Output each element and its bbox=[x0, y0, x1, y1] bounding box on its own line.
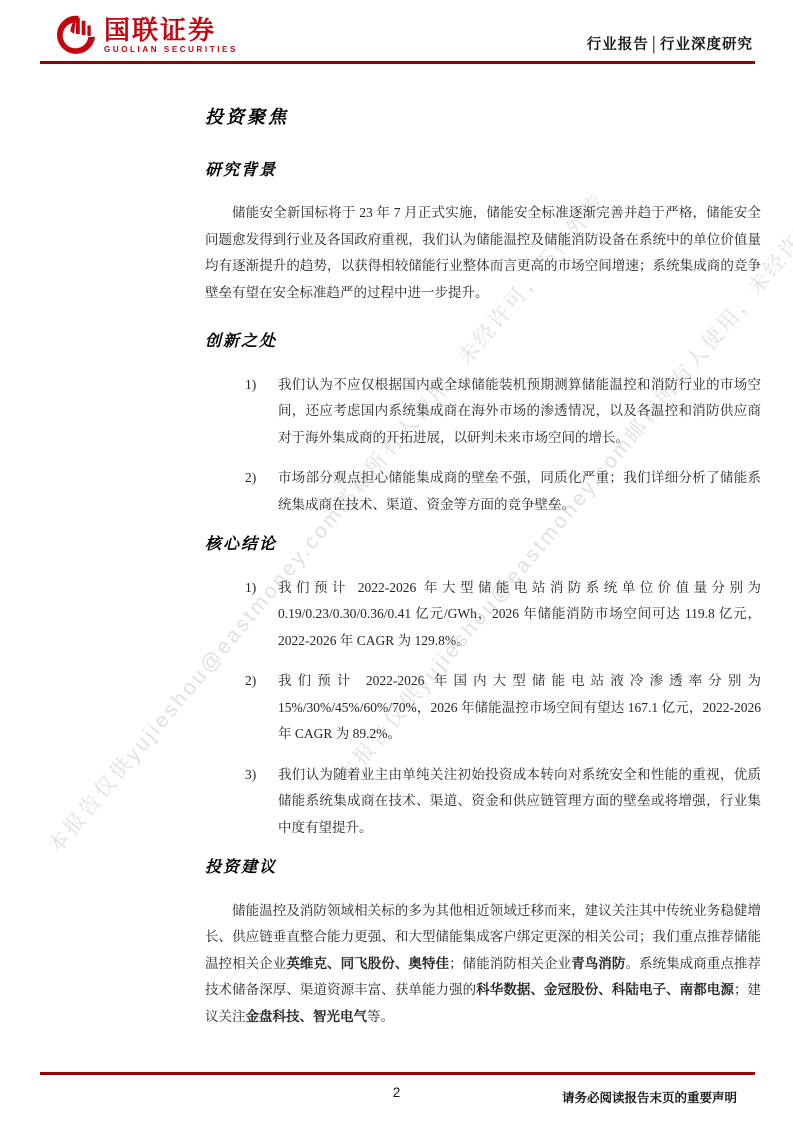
item-marker: 2) bbox=[245, 668, 278, 748]
item-text: 我们认为不应仅根据国内或全球储能装机预期测算储能温控和消防行业的市场空间，还应考… bbox=[278, 372, 761, 452]
item-marker: 2) bbox=[245, 465, 278, 518]
section-heading-core-conclusions: 核心结论 bbox=[205, 532, 761, 559]
item-text: 我们预计 2022-2026 年国内大型储能电站液冷渗透率分别为 15%/30%… bbox=[278, 668, 761, 748]
item-marker: 1) bbox=[245, 372, 278, 452]
item-marker: 3) bbox=[245, 762, 278, 842]
list-item: 3) 我们认为随着业主由单纯关注初始投资成本转向对系统安全和性能的重视，优质储能… bbox=[205, 762, 761, 842]
footer-disclaimer: 请务必阅读报告末页的重要声明 bbox=[562, 1088, 737, 1106]
core-conclusions-list: 1) 我们预计 2022-2026 年大型储能电站消防系统单位价值量分别为 0.… bbox=[205, 575, 761, 842]
item-text: 市场部分观点担心储能集成商的壁垒不强，同质化严重；我们详细分析了储能系统集成商在… bbox=[278, 465, 761, 518]
page-title: 投资聚焦 bbox=[205, 104, 761, 131]
brand-logo: 国联证券 GUOLIAN SECURITIES bbox=[54, 14, 238, 56]
item-text: 我们认为随着业主由单纯关注初始投资成本转向对系统安全和性能的重视，优质储能系统集… bbox=[278, 762, 761, 842]
list-item: 2) 我们预计 2022-2026 年国内大型储能电站液冷渗透率分别为 15%/… bbox=[205, 668, 761, 748]
main-content: 投资聚焦 研究背景 储能安全新国标将于 23 年 7 月正式实施，储能安全标准逐… bbox=[205, 104, 761, 1053]
brand-subtitle: GUOLIAN SECURITIES bbox=[104, 46, 238, 54]
research-background-paragraph: 储能安全新国标将于 23 年 7 月正式实施，储能安全标准逐渐完善并趋于严格，储… bbox=[205, 200, 761, 306]
section-heading-innovations: 创新之处 bbox=[205, 329, 761, 356]
item-marker: 1) bbox=[245, 575, 278, 655]
header-doc-type: 行业报告│行业深度研究 bbox=[587, 33, 753, 54]
list-item: 1) 我们预计 2022-2026 年大型储能电站消防系统单位价值量分别为 0.… bbox=[205, 575, 761, 655]
innovations-list: 1) 我们认为不应仅根据国内或全球储能装机预期测算储能温控和消防行业的市场空间，… bbox=[205, 372, 761, 519]
report-page: 本报告仅供yujieshou@eastmoney.com邮箱所有人使用，未经许可… bbox=[0, 0, 793, 1122]
list-item: 2) 市场部分观点担心储能集成商的壁垒不强，同质化严重；我们详细分析了储能系统集… bbox=[205, 465, 761, 518]
item-text: 我们预计 2022-2026 年大型储能电站消防系统单位价值量分别为 0.19/… bbox=[278, 575, 761, 655]
investment-advice-paragraph: 储能温控及消防领域相关标的多为其他相近领域迁移而来，建议关注其中传统业务稳健增长… bbox=[205, 898, 761, 1031]
guolian-logo-icon bbox=[54, 14, 96, 56]
page-number: 2 bbox=[393, 1085, 401, 1100]
header-rule bbox=[40, 61, 755, 64]
section-heading-research-background: 研究背景 bbox=[205, 158, 761, 185]
section-heading-investment-advice: 投资建议 bbox=[205, 855, 761, 882]
list-item: 1) 我们认为不应仅根据国内或全球储能装机预期测算储能温控和消防行业的市场空间，… bbox=[205, 372, 761, 452]
brand-name: 国联证券 bbox=[104, 17, 238, 43]
footer-rule bbox=[40, 1072, 755, 1075]
